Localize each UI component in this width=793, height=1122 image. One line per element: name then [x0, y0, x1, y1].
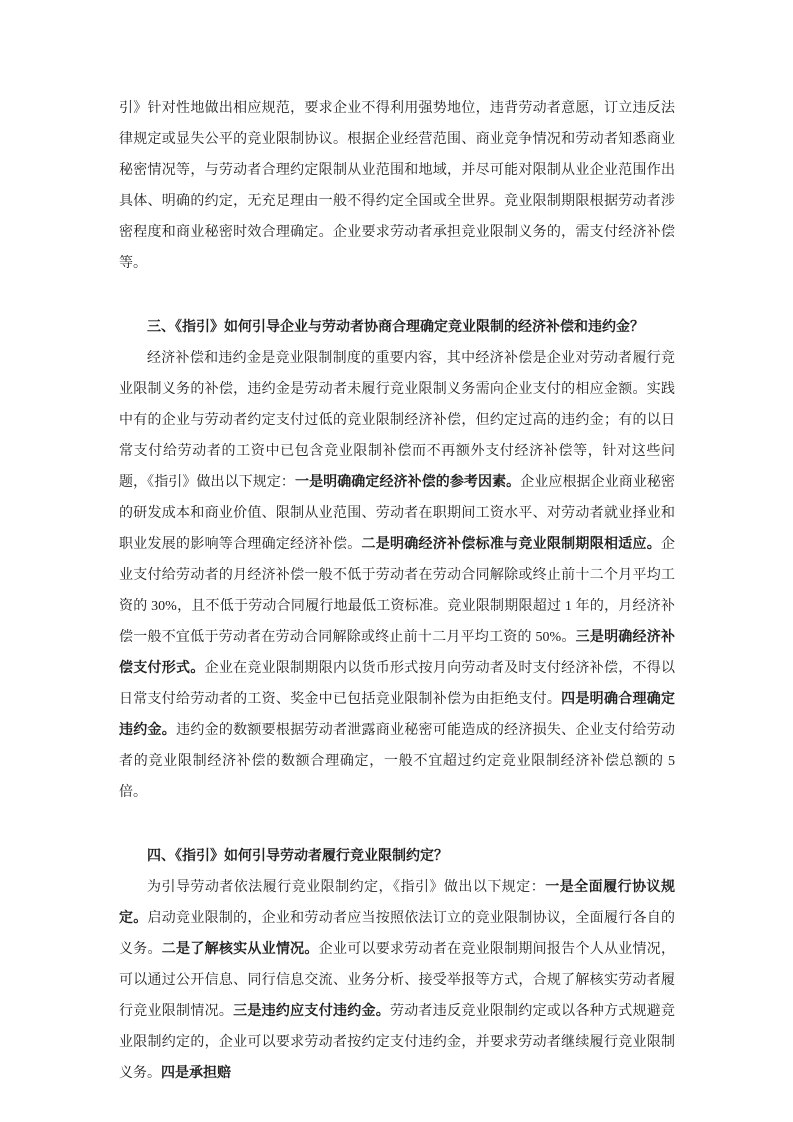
text-run: 企业支付给劳动者的月经济补偿一般不低于劳动者在劳动合同解除或终止前十二个月平均工… [119, 537, 675, 645]
text-run: 引》针对性地做出相应规范，要求企业不得利用强势地位，违背劳动者意愿，订立违反法律… [119, 101, 675, 271]
body-paragraph: 经济补偿和违约金是竞业限制制度的重要内容，其中经济补偿是企业对劳动者履行竞业限制… [119, 343, 675, 808]
bold-text-run: 三、《指引》如何引导企业与劳动者协商合理确定竞业限制的经济补偿和违约金？ [147, 320, 644, 335]
document-page: 引》针对性地做出相应规范，要求企业不得利用强势地位，违背劳动者意愿，订立违反法律… [0, 0, 793, 1122]
bold-text-run: 二是明确经济补偿标准与竞业限制期限相适应。 [361, 537, 661, 552]
bold-text-run: 三是违约应支付违约金。 [233, 1004, 390, 1019]
text-run: 为引导劳动者依法履行竞业限制约定，《指引》做出以下规定： [147, 880, 545, 895]
body-paragraph: 引》针对性地做出相应规范，要求企业不得利用强势地位，违背劳动者意愿，订立违反法律… [119, 93, 675, 279]
body-paragraph: 为引导劳动者依法履行竞业限制约定，《指引》做出以下规定：一是全面履行协议规定。启… [119, 872, 675, 1089]
document-body: 引》针对性地做出相应规范，要求企业不得利用强势地位，违背劳动者意愿，订立违反法律… [119, 93, 675, 1089]
section-heading: 四、《指引》如何引导劳动者履行竞业限制约定？ [119, 841, 675, 872]
text-run: 违约金的数额要根据劳动者泄露商业秘密可能造成的经济损失、企业支付给劳动者的竞业限… [119, 723, 675, 800]
bold-text-run: 一是明确确定经济补偿的参考因素。 [295, 475, 520, 490]
bold-text-run: 四是承担赔 [161, 1066, 231, 1081]
bold-text-run: 四、《指引》如何引导劳动者履行竞业限制约定？ [147, 849, 448, 864]
text-run: 经济补偿和违约金是竞业限制制度的重要内容，其中经济补偿是企业对劳动者履行竞业限制… [119, 351, 675, 490]
section-heading: 三、《指引》如何引导企业与劳动者协商合理确定竞业限制的经济补偿和违约金？ [119, 312, 675, 343]
bold-text-run: 二是了解核实从业情况。 [162, 942, 319, 957]
